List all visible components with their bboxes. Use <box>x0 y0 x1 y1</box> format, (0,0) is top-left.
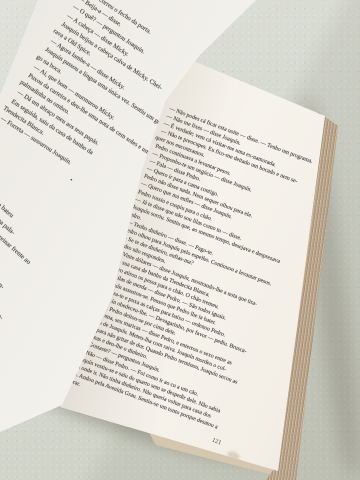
photo-of-open-book: — Não podes cá ficar esta noite — disse.… <box>0 0 360 480</box>
